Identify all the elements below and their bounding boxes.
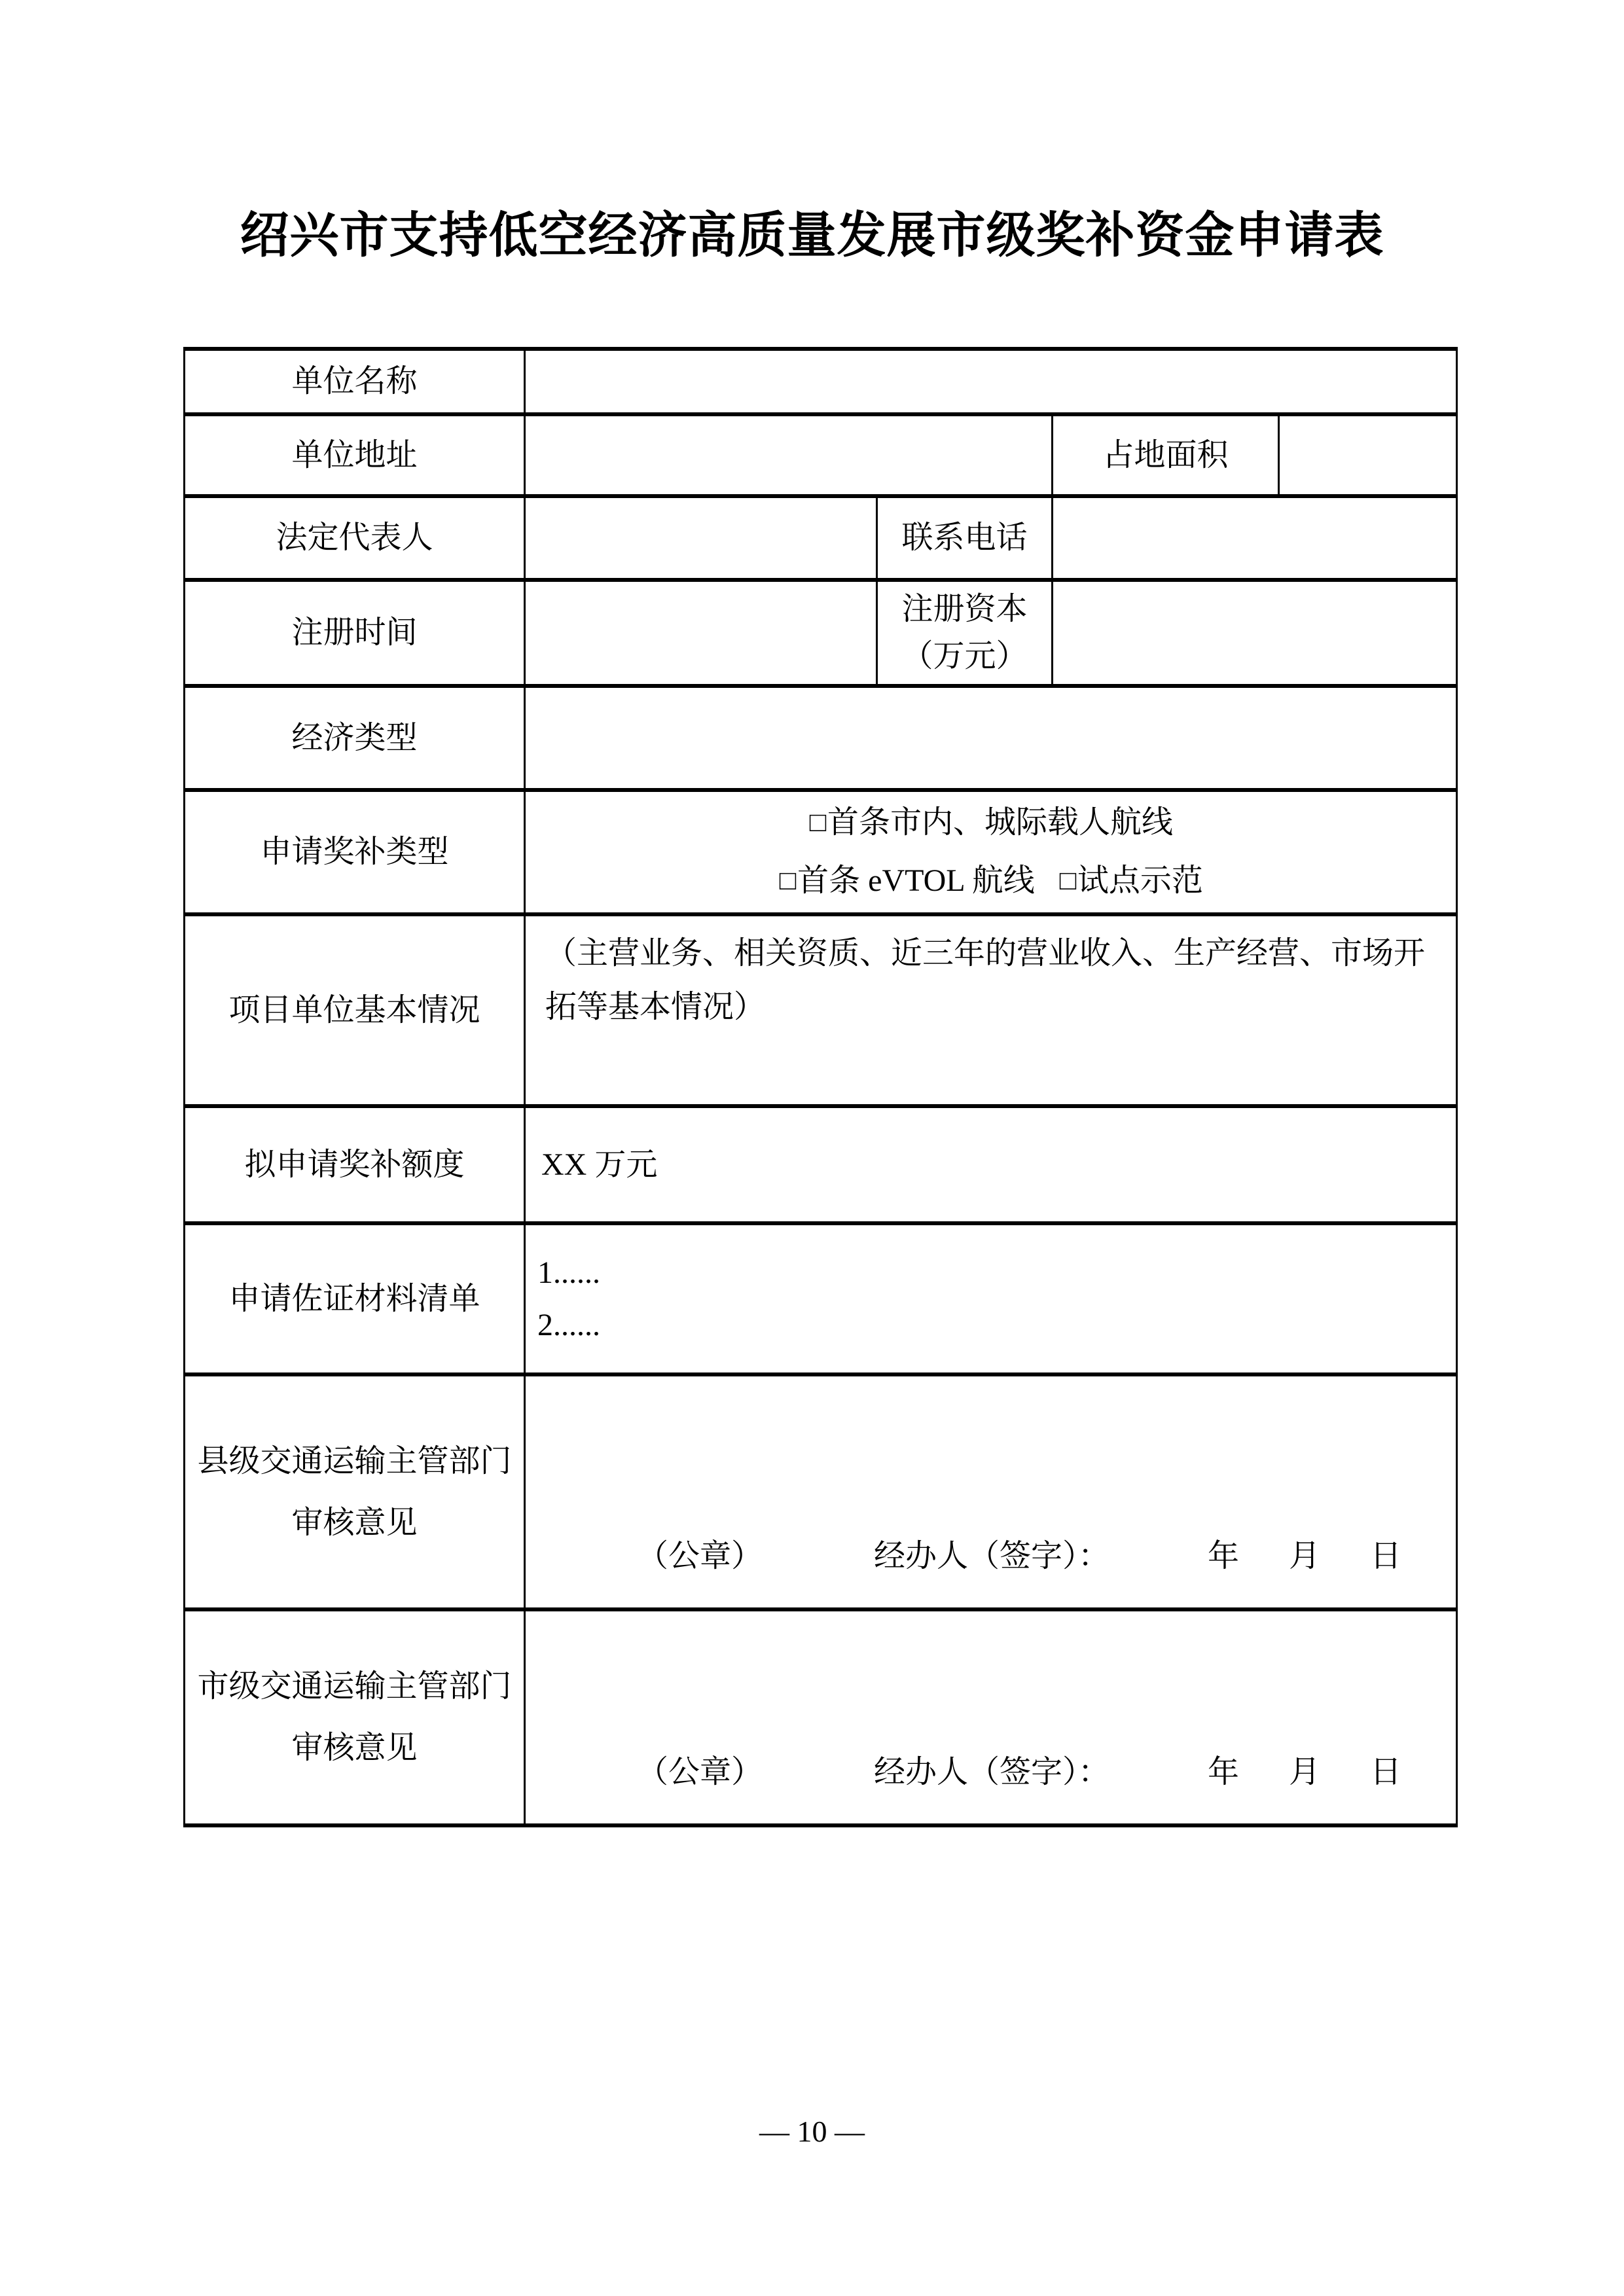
subsidy-amount-label: 拟申请奖补额度: [185, 1106, 525, 1223]
checkbox-pilot-demonstration[interactable]: □: [1060, 855, 1077, 906]
city-official-seal-placeholder: （公章）: [637, 1749, 763, 1796]
economic-type-field[interactable]: [525, 686, 1457, 790]
unit-name-field[interactable]: [525, 349, 1457, 414]
county-date-placeholder: 年 月 日: [1208, 1533, 1411, 1580]
row-registration-time: 注册时间 注册资本 （万元）: [185, 580, 1457, 686]
row-legal-representative: 法定代表人 联系电话: [185, 496, 1457, 580]
subsidy-option-label: 首条 eVTOL 航线: [797, 863, 1035, 898]
county-review-label: 县级交通运输主管部门 审核意见: [185, 1374, 525, 1609]
subsidy-type-label: 申请奖补类型: [185, 790, 525, 914]
form-title: 绍兴市支持低空经济高质量发展市级奖补资金申请表: [0, 208, 1624, 262]
county-agent-signature-label: 经办人（签字）：: [874, 1533, 1110, 1580]
subsidy-type-options: □首条市内、城际载人航线 □首条 eVTOL 航线□试点示范: [525, 790, 1457, 914]
subsidy-option-line-2: □首条 eVTOL 航线□试点示范: [526, 852, 1456, 910]
city-agent-signature-label: 经办人（签字）：: [874, 1749, 1110, 1796]
row-unit-address: 单位地址 占地面积: [185, 414, 1457, 496]
county-sign-line: （公章） 经办人（签字）： 年 月 日: [526, 1533, 1456, 1580]
row-economic-type: 经济类型: [185, 686, 1457, 790]
unit-profile-field[interactable]: （主营业务、相关资质、近三年的营业收入、生产经营、市场开拓等基本情况）: [525, 914, 1457, 1106]
unit-address-label: 单位地址: [185, 414, 525, 496]
row-unit-profile: 项目单位基本情况 （主营业务、相关资质、近三年的营业收入、生产经营、市场开拓等基…: [185, 914, 1457, 1106]
evidence-list-items: 1...... 2......: [537, 1247, 1444, 1350]
row-city-review: 市级交通运输主管部门 审核意见 （公章） 经办人（签字）： 年 月 日: [185, 1609, 1457, 1825]
contact-phone-label: 联系电话: [877, 496, 1053, 580]
unit-profile-label: 项目单位基本情况: [185, 914, 525, 1106]
economic-type-label: 经济类型: [185, 686, 525, 790]
registration-time-field[interactable]: [525, 580, 877, 686]
land-area-field[interactable]: [1279, 414, 1457, 496]
subsidy-option-line-1: □首条市内、城际载人航线: [526, 794, 1456, 852]
evidence-list-field[interactable]: 1...... 2......: [525, 1223, 1457, 1374]
evidence-list-label: 申请佐证材料清单: [185, 1223, 525, 1374]
registered-capital-label: 注册资本 （万元）: [877, 580, 1053, 686]
subsidy-option-label: 首条市内、城际载人航线: [827, 805, 1173, 840]
subsidy-amount-field[interactable]: XX 万元: [525, 1106, 1457, 1223]
county-review-field[interactable]: （公章） 经办人（签字）： 年 月 日: [525, 1374, 1457, 1609]
unit-name-label: 单位名称: [185, 349, 525, 414]
registered-capital-field[interactable]: [1053, 580, 1457, 686]
subsidy-option-label: 试点示范: [1077, 863, 1203, 898]
legal-representative-label: 法定代表人: [185, 496, 525, 580]
row-subsidy-type: 申请奖补类型 □首条市内、城际载人航线 □首条 eVTOL 航线□试点示范: [185, 790, 1457, 914]
land-area-label: 占地面积: [1053, 414, 1279, 496]
legal-representative-field[interactable]: [525, 496, 877, 580]
city-review-field[interactable]: （公章） 经办人（签字）： 年 月 日: [525, 1609, 1457, 1825]
row-evidence-list: 申请佐证材料清单 1...... 2......: [185, 1223, 1457, 1374]
document-page: 绍兴市支持低空经济高质量发展市级奖补资金申请表 单位名称 单位地址 占地面积 法…: [0, 0, 1624, 2296]
registration-time-label: 注册时间: [185, 580, 525, 686]
checkbox-first-evtol-route[interactable]: □: [780, 855, 797, 906]
city-sign-line: （公章） 经办人（签字）： 年 月 日: [526, 1749, 1456, 1796]
row-county-review: 县级交通运输主管部门 审核意见 （公章） 经办人（签字）： 年 月 日: [185, 1374, 1457, 1609]
city-review-label: 市级交通运输主管部门 审核意见: [185, 1609, 525, 1825]
contact-phone-field[interactable]: [1053, 496, 1457, 580]
unit-address-field[interactable]: [525, 414, 1053, 496]
county-official-seal-placeholder: （公章）: [637, 1533, 763, 1580]
checkbox-first-intracity-intercity-route[interactable]: □: [810, 798, 827, 849]
application-form-table: 单位名称 单位地址 占地面积 法定代表人 联系电话 注册时间 注册资本 （万元）: [183, 347, 1458, 1827]
city-date-placeholder: 年 月 日: [1208, 1749, 1411, 1796]
row-subsidy-amount: 拟申请奖补额度 XX 万元: [185, 1106, 1457, 1223]
page-number: — 10 —: [0, 2114, 1624, 2149]
row-unit-name: 单位名称: [185, 349, 1457, 414]
